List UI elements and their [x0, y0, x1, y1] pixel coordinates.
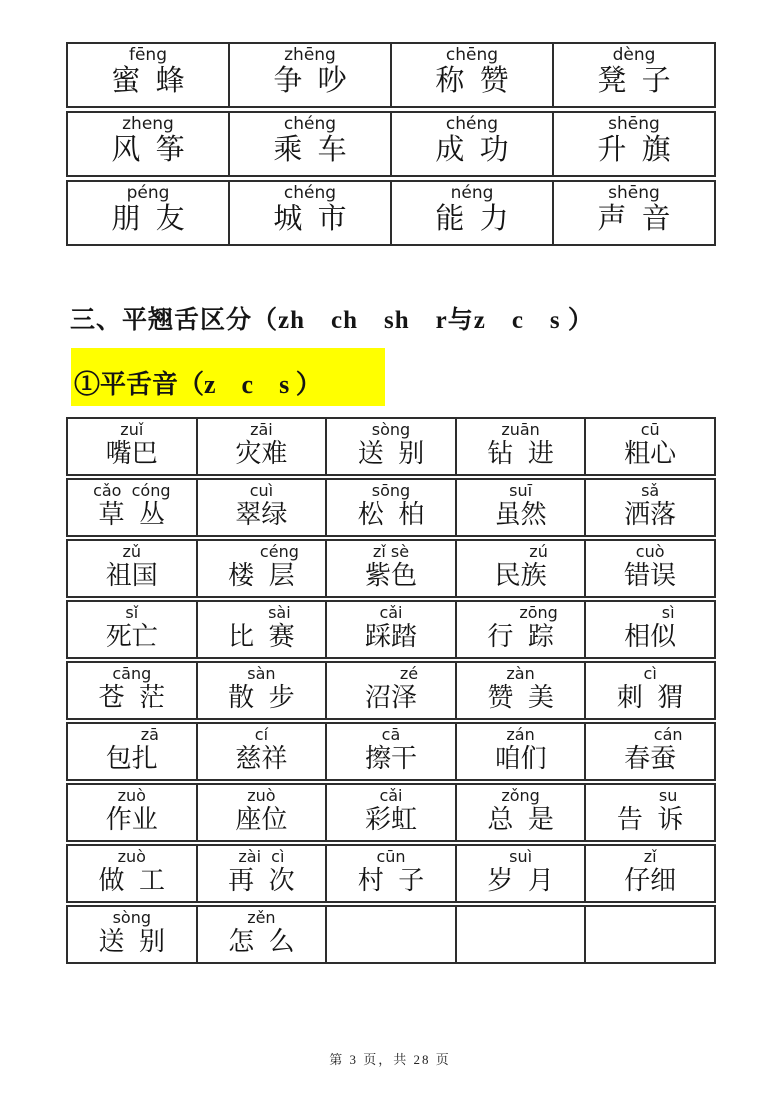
pinyin-text: zheng [122, 116, 174, 134]
pinyin-text: zuān [501, 422, 539, 439]
hanzi-text: 能 力 [435, 203, 508, 236]
word-cell: zài cì再 次 [196, 846, 326, 901]
pinyin-text: chēng [446, 47, 498, 65]
pinyin-text: zuò [118, 849, 146, 866]
word-cell: néng能 力 [390, 182, 552, 244]
pinyin-text: sàn [247, 666, 275, 683]
hanzi-text: 民族 [495, 561, 547, 591]
hanzi-text: 死亡 [106, 622, 158, 652]
word-cell: cuò错误 [584, 541, 714, 596]
word-cell [455, 907, 585, 962]
hanzi-text: 风 筝 [111, 134, 184, 167]
word-cell: shēng升 旗 [552, 113, 714, 175]
hanzi-text: 声 音 [597, 203, 670, 236]
word-cell: zǐ仔细 [584, 846, 714, 901]
word-cell: cí慈祥 [196, 724, 326, 779]
table-row: péng朋 友chéng城 市néng能 力shēng声 音 [66, 180, 716, 246]
word-cell: zuò做 工 [68, 846, 196, 901]
pinyin-text: suī [509, 483, 532, 500]
word-cell: dèng凳 子 [552, 44, 714, 106]
pinyin-text: cí [255, 727, 268, 744]
pinyin-text: zā [141, 727, 159, 744]
hanzi-text: 岁 月 [487, 866, 554, 896]
hanzi-text: 称 赞 [435, 65, 508, 98]
word-cell: zōng行 踪 [455, 602, 585, 657]
pinyin-text: cǎi [379, 788, 402, 805]
word-cell: shēng声 音 [552, 182, 714, 244]
word-cell: fēng蜜 蜂 [68, 44, 228, 106]
word-cell: zú民族 [455, 541, 585, 596]
hanzi-text: 成 功 [435, 134, 508, 167]
word-cell: chéng乘 车 [228, 113, 390, 175]
word-cell: cì刺 猬 [584, 663, 714, 718]
pinyin-text: zú [529, 544, 548, 561]
hanzi-text: 咱们 [495, 744, 547, 774]
pinyin-text: fēng [129, 47, 167, 65]
word-cell: zāi灾难 [196, 419, 326, 474]
pinyin-text: cán [654, 727, 683, 744]
hanzi-text: 钻 进 [487, 439, 554, 469]
word-cell: cǎi踩踏 [325, 602, 455, 657]
pinyin-text: zé [400, 666, 418, 683]
word-cell: sòng送 别 [325, 419, 455, 474]
hanzi-text: 嘴巴 [106, 439, 158, 469]
table-row: zuò作业zuò座位cǎi彩虹zǒng总 是su告 诉 [66, 783, 716, 842]
table-row: zheng风 筝chéng乘 车chéng成 功shēng升 旗 [66, 111, 716, 177]
word-cell: zǐ sè紫色 [325, 541, 455, 596]
hanzi-text: 楼 层 [228, 561, 295, 591]
pinyin-text: sǎ [641, 483, 659, 500]
word-cell: cūn村 子 [325, 846, 455, 901]
word-cell: chéng成 功 [390, 113, 552, 175]
pinyin-text: shēng [608, 116, 660, 134]
hanzi-text: 祖国 [106, 561, 158, 591]
word-cell: sǎ洒落 [584, 480, 714, 535]
hanzi-text: 踩踏 [365, 622, 417, 652]
hanzi-text: 做 工 [99, 866, 166, 896]
hanzi-text: 争 吵 [273, 65, 346, 98]
table-row: zuò做 工zài cì再 次cūn村 子suì岁 月zǐ仔细 [66, 844, 716, 903]
word-cell [325, 907, 455, 962]
pinyin-text: cì [644, 666, 657, 683]
pinyin-text: zōng [519, 605, 557, 622]
hanzi-text: 草 丛 [99, 500, 166, 530]
table-row: zǔ祖国céng楼 层zǐ sè紫色zú民族cuò错误 [66, 539, 716, 598]
word-cell: chēng称 赞 [390, 44, 552, 106]
table-row: sòng送 别zěn怎 么 [66, 905, 716, 964]
word-cell: sǐ死亡 [68, 602, 196, 657]
hanzi-text: 作业 [106, 805, 158, 835]
hanzi-text: 赞 美 [487, 683, 554, 713]
pinyin-text: zàn [506, 666, 534, 683]
pinyin-text: cǎi [379, 605, 402, 622]
pinyin-text: sì [662, 605, 675, 622]
word-cell: céng楼 层 [196, 541, 326, 596]
pinyin-text: cǎo cóng [93, 483, 170, 500]
word-cell: zuān钻 进 [455, 419, 585, 474]
pinyin-text: zěn [247, 910, 275, 927]
section-heading: 三、平翘舌区分（zh ch sh r与z c s ） [70, 300, 594, 336]
table-row: cāng苍 茫sàn散 步zé沼泽zàn赞 美cì刺 猬 [66, 661, 716, 720]
hanzi-text: 洒落 [624, 500, 676, 530]
word-cell: zuò座位 [196, 785, 326, 840]
pinyin-text: chéng [284, 185, 336, 203]
table-row: zā包扎cí慈祥cā擦干zán咱们cán春蚕 [66, 722, 716, 781]
hanzi-text: 城 市 [273, 203, 346, 236]
word-cell: sōng松 柏 [325, 480, 455, 535]
word-cell: zàn赞 美 [455, 663, 585, 718]
word-cell: sài比 赛 [196, 602, 326, 657]
hanzi-text: 松 柏 [358, 500, 425, 530]
word-cell: zuò作业 [68, 785, 196, 840]
pinyin-text: zuǐ [120, 422, 143, 439]
word-cell: sàn散 步 [196, 663, 326, 718]
word-cell: péng朋 友 [68, 182, 228, 244]
pinyin-text: cū [641, 422, 660, 439]
pinyin-text: zhēng [284, 47, 336, 65]
word-cell: cā擦干 [325, 724, 455, 779]
pinyin-text: sòng [113, 910, 151, 927]
table-row: cǎo cóng草 丛cuì翠绿sōng松 柏suī虽然sǎ洒落 [66, 478, 716, 537]
pinyin-text: zài cì [238, 849, 284, 866]
hanzi-text: 虽然 [495, 500, 547, 530]
hanzi-text: 朋 友 [111, 203, 184, 236]
hanzi-text: 包扎 [106, 744, 158, 774]
pinyin-text: dèng [613, 47, 656, 65]
pinyin-text: cāng [112, 666, 151, 683]
pinyin-text: chéng [284, 116, 336, 134]
pinyin-text: sǐ [125, 605, 138, 622]
word-cell: zǒng总 是 [455, 785, 585, 840]
word-cell: zěn怎 么 [196, 907, 326, 962]
pinyin-text: cuò [636, 544, 665, 561]
pinyin-text: péng [127, 185, 170, 203]
word-cell: zé沼泽 [325, 663, 455, 718]
word-cell: sòng送 别 [68, 907, 196, 962]
hanzi-text: 刺 猬 [617, 683, 684, 713]
word-cell: zhēng争 吵 [228, 44, 390, 106]
hanzi-text: 乘 车 [273, 134, 346, 167]
hanzi-text: 蜜 蜂 [111, 65, 184, 98]
pinyin-text: cuì [250, 483, 273, 500]
hanzi-text: 再 次 [228, 866, 295, 896]
hanzi-text: 彩虹 [365, 805, 417, 835]
pinyin-text: céng [260, 544, 299, 561]
hanzi-text: 慈祥 [235, 744, 287, 774]
word-cell: su告 诉 [584, 785, 714, 840]
flat-tongue-words-table: zuǐ嘴巴zāi灾难sòng送 别zuān钻 进cū粗心cǎo cóng草 丛c… [66, 417, 716, 966]
hanzi-text: 错误 [624, 561, 676, 591]
word-cell: cū粗心 [584, 419, 714, 474]
hanzi-text: 相似 [624, 622, 676, 652]
word-cell: zán咱们 [455, 724, 585, 779]
word-cell: suì岁 月 [455, 846, 585, 901]
hanzi-text: 升 旗 [597, 134, 670, 167]
word-cell: zǔ祖国 [68, 541, 196, 596]
hanzi-text: 比 赛 [228, 622, 295, 652]
hanzi-text: 灾难 [235, 439, 287, 469]
pinyin-text: sòng [372, 422, 410, 439]
hanzi-text: 散 步 [228, 683, 295, 713]
pinyin-text: cā [382, 727, 401, 744]
hanzi-text: 紫色 [365, 561, 417, 591]
pinyin-text: zuò [247, 788, 275, 805]
hanzi-text: 仔细 [624, 866, 676, 896]
word-cell [584, 907, 714, 962]
hanzi-text: 村 子 [358, 866, 425, 896]
hanzi-text: 座位 [235, 805, 287, 835]
pinyin-text: zǒng [501, 788, 539, 805]
hanzi-text: 怎 么 [228, 927, 295, 957]
review-words-table: fēng蜜 蜂zhēng争 吵chēng称 赞dèng凳 子zheng风 筝ch… [66, 42, 716, 249]
word-cell: cǎi彩虹 [325, 785, 455, 840]
hanzi-text: 春蚕 [624, 744, 676, 774]
hanzi-text: 凳 子 [597, 65, 670, 98]
word-cell: sì相似 [584, 602, 714, 657]
hanzi-text: 告 诉 [617, 805, 684, 835]
worksheet-page: fēng蜜 蜂zhēng争 吵chēng称 赞dèng凳 子zheng风 筝ch… [0, 0, 780, 1103]
pinyin-text: zǐ sè [373, 544, 409, 561]
table-row: zuǐ嘴巴zāi灾难sòng送 别zuān钻 进cū粗心 [66, 417, 716, 476]
pinyin-text: sài [268, 605, 291, 622]
page-footer: 第 3 页，共 28 页 [0, 1049, 780, 1068]
hanzi-text: 送 别 [99, 927, 166, 957]
pinyin-text: zuò [118, 788, 146, 805]
pinyin-text: sōng [372, 483, 410, 500]
word-cell: zuǐ嘴巴 [68, 419, 196, 474]
pinyin-text: shēng [608, 185, 660, 203]
hanzi-text: 翠绿 [235, 500, 287, 530]
pinyin-text: cūn [376, 849, 405, 866]
pinyin-text: néng [451, 185, 494, 203]
hanzi-text: 苍 茫 [99, 683, 166, 713]
hanzi-text: 擦干 [365, 744, 417, 774]
table-row: fēng蜜 蜂zhēng争 吵chēng称 赞dèng凳 子 [66, 42, 716, 108]
pinyin-text: zāi [250, 422, 273, 439]
pinyin-text: su [659, 788, 677, 805]
word-cell: zheng风 筝 [68, 113, 228, 175]
hanzi-text: 总 是 [487, 805, 554, 835]
table-row: sǐ死亡sài比 赛cǎi踩踏zōng行 踪sì相似 [66, 600, 716, 659]
hanzi-text: 送 别 [358, 439, 425, 469]
hanzi-text: 粗心 [624, 439, 676, 469]
hanzi-text: 沼泽 [365, 683, 417, 713]
word-cell: cuì翠绿 [196, 480, 326, 535]
pinyin-text: zǐ [644, 849, 657, 866]
word-cell: zā包扎 [68, 724, 196, 779]
word-cell: cán春蚕 [584, 724, 714, 779]
word-cell: cāng苍 茫 [68, 663, 196, 718]
word-cell: chéng城 市 [228, 182, 390, 244]
pinyin-text: chéng [446, 116, 498, 134]
subsection-title: ①平舌音（z c s ） [74, 370, 322, 399]
pinyin-text: zán [506, 727, 534, 744]
pinyin-text: zǔ [123, 544, 142, 561]
word-cell: suī虽然 [455, 480, 585, 535]
subsection-highlight: ①平舌音（z c s ） [71, 348, 385, 406]
word-cell: cǎo cóng草 丛 [68, 480, 196, 535]
pinyin-text: suì [509, 849, 532, 866]
hanzi-text: 行 踪 [487, 622, 554, 652]
